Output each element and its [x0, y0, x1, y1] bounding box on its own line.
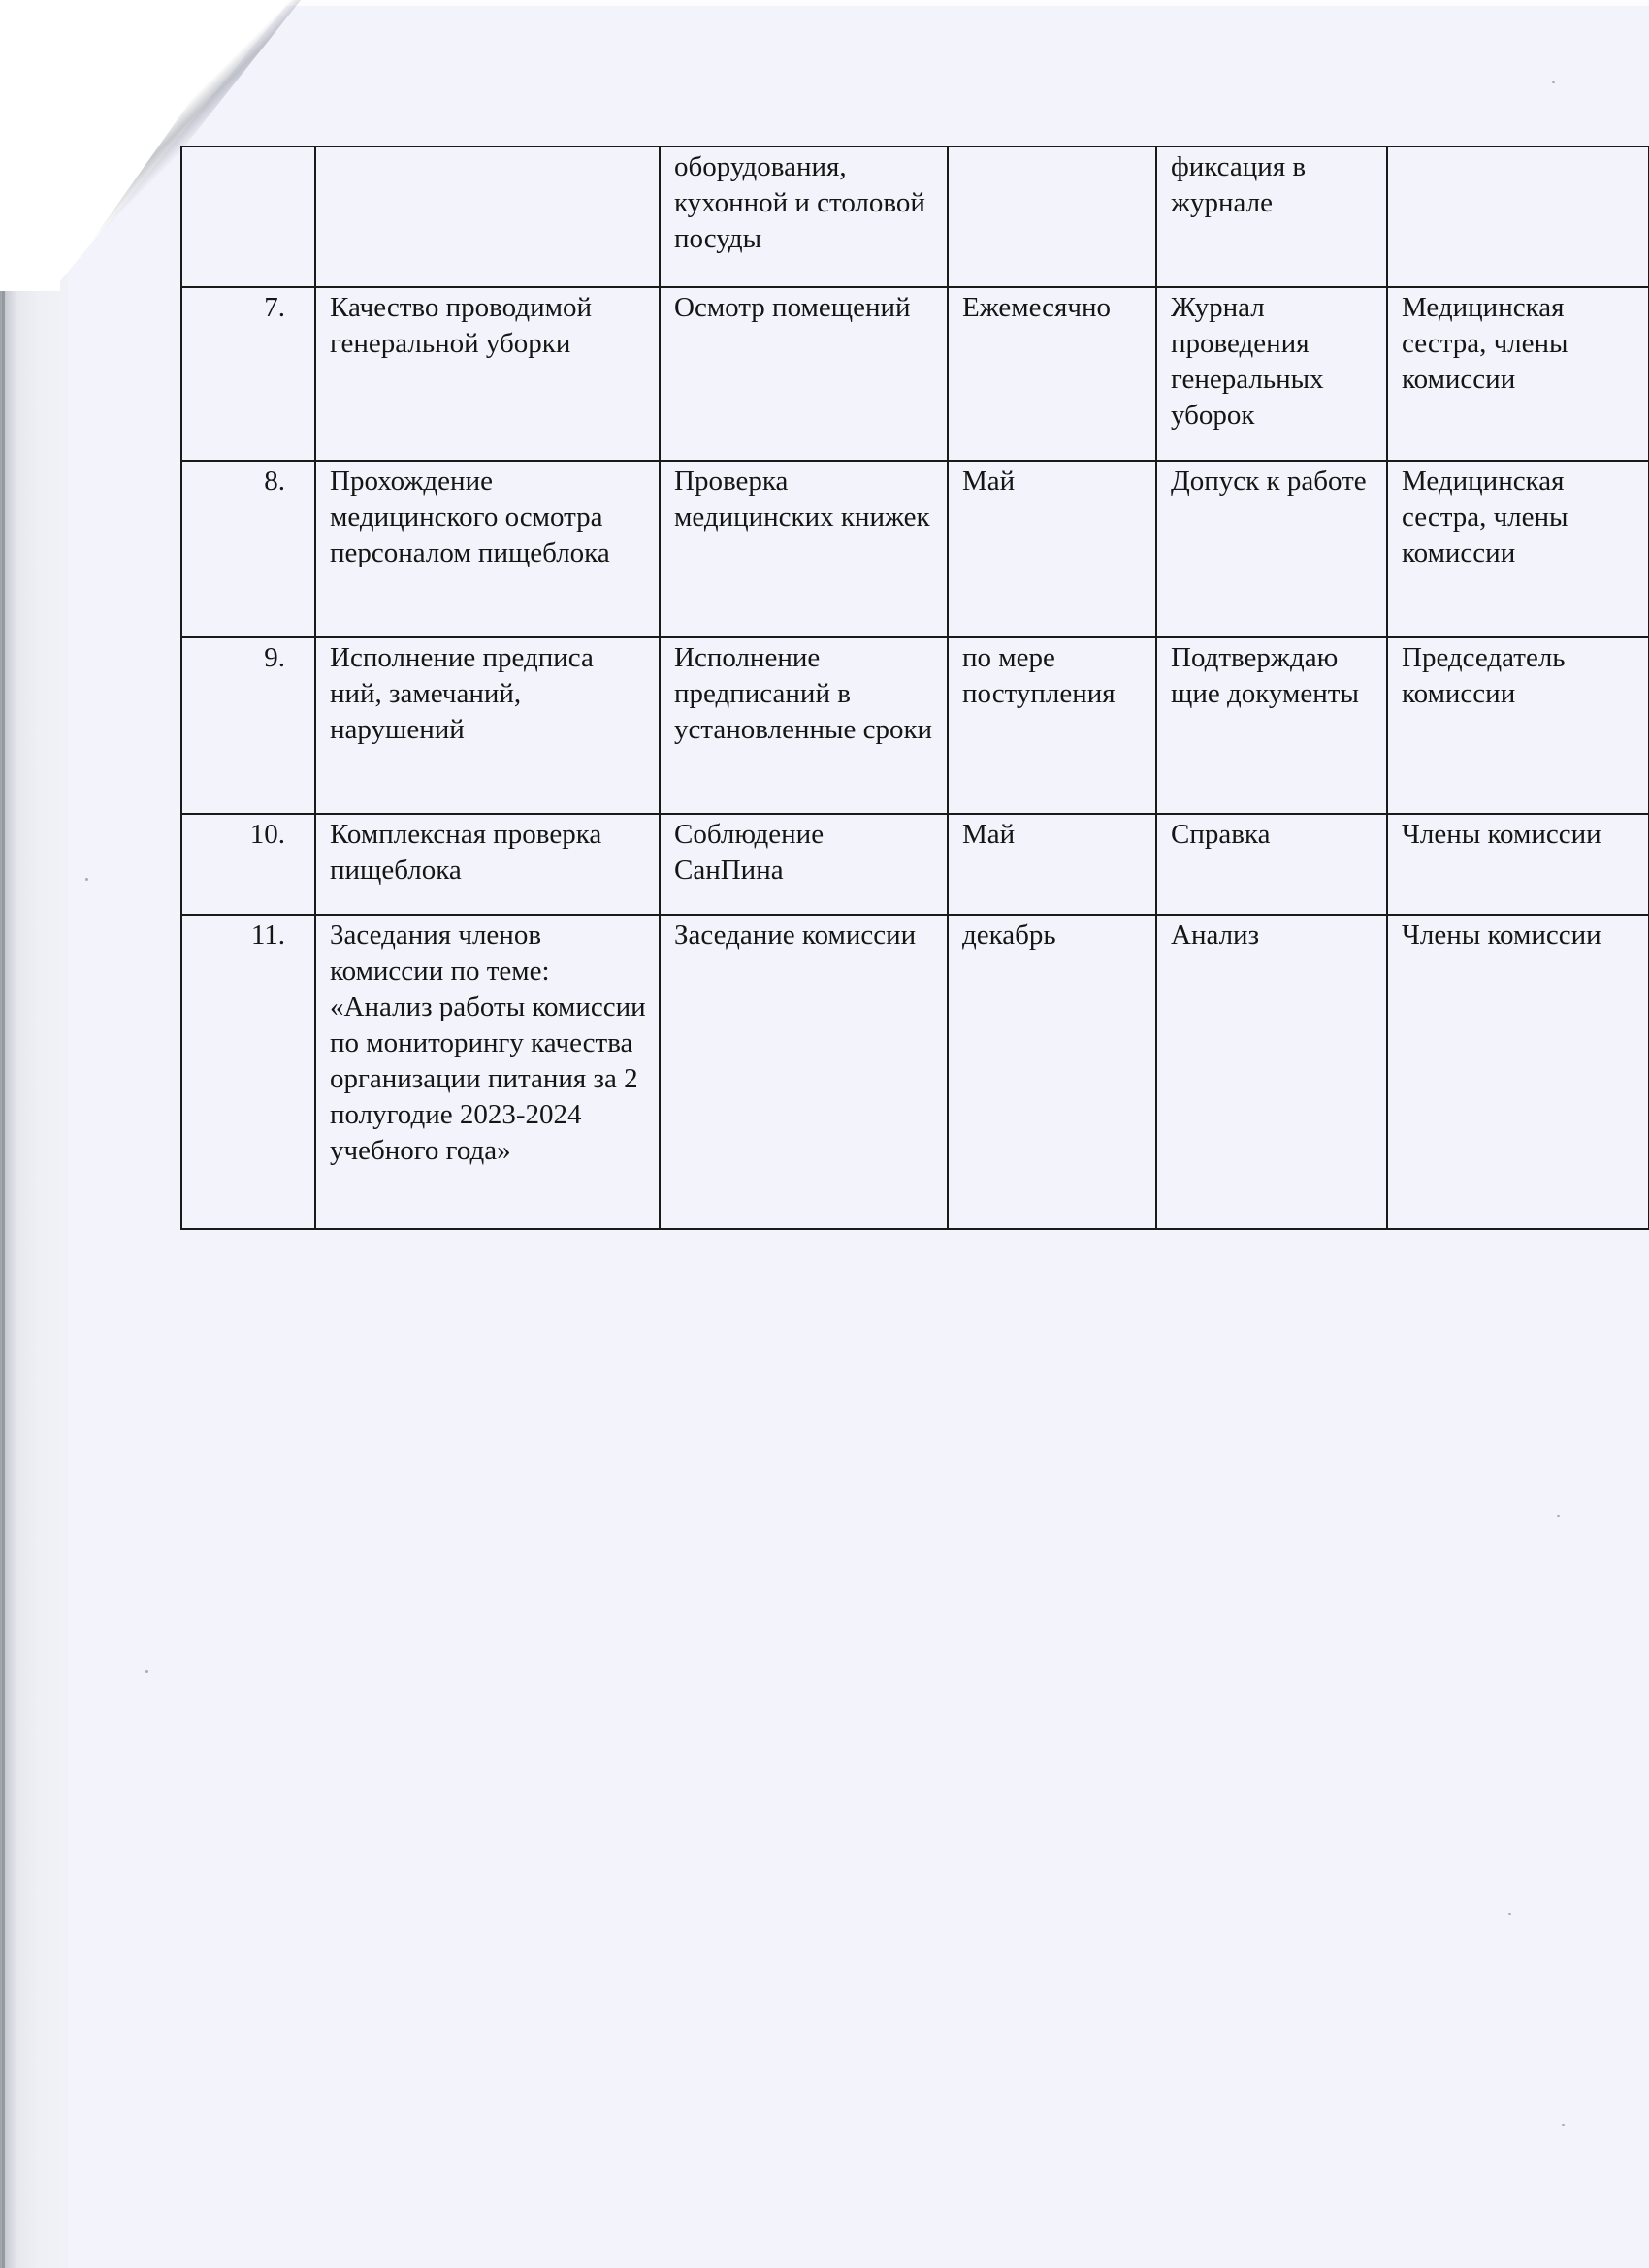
cell-period: Май — [948, 814, 1156, 915]
cell-period: Май — [948, 461, 1156, 637]
cell-responsible: Медицинская сестра, члены комиссии — [1387, 461, 1649, 637]
cell-period: по мере поступления — [948, 637, 1156, 814]
scan-speck — [1562, 2124, 1565, 2126]
cell-method: Осмотр помещений — [660, 287, 948, 461]
document-page: оборудования, кухонной и столовой посуды… — [0, 0, 1649, 2268]
scan-speck — [145, 1670, 148, 1673]
cell-subject — [315, 146, 660, 287]
cell-subject: Качество проводимой генеральной уборки — [315, 287, 660, 461]
table-row: 8. Прохождение медицинского осмотра перс… — [181, 461, 1649, 637]
cell-period: декабрь — [948, 915, 1156, 1229]
scan-speck — [1508, 1913, 1511, 1915]
cell-number: 7. — [181, 287, 315, 461]
cell-responsible: Члены комиссии — [1387, 814, 1649, 915]
cell-subject: Исполнение предписа ний, замечаний, нару… — [315, 637, 660, 814]
cell-result: фиксация в журнале — [1156, 146, 1387, 287]
cell-number: 11. — [181, 915, 315, 1229]
cell-period — [948, 146, 1156, 287]
cell-number: 8. — [181, 461, 315, 637]
cell-subject: Заседания членов комиссии по теме: «Анал… — [315, 915, 660, 1229]
cell-method: оборудования, кухонной и столовой посуды — [660, 146, 948, 287]
cell-result: Допуск к работе — [1156, 461, 1387, 637]
cell-responsible: Члены комиссии — [1387, 915, 1649, 1229]
table-row: 7. Качество проводимой генеральной уборк… — [181, 287, 1649, 461]
scan-speck — [1557, 1515, 1560, 1517]
cell-result: Справка — [1156, 814, 1387, 915]
scan-speck — [85, 878, 88, 881]
cell-number: 10. — [181, 814, 315, 915]
cell-subject: Прохождение медицинского осмотра персона… — [315, 461, 660, 637]
cell-number — [181, 146, 315, 287]
scan-speck — [1552, 81, 1555, 83]
cell-responsible: Медицинская сестра, члены комиссии — [1387, 287, 1649, 461]
cell-responsible: Председатель комиссии — [1387, 637, 1649, 814]
cell-subject: Комплексная проверка пищеблока — [315, 814, 660, 915]
cell-method: Заседание комиссии — [660, 915, 948, 1229]
cell-responsible — [1387, 146, 1649, 287]
table-row: 11. Заседания членов комиссии по теме: «… — [181, 915, 1649, 1229]
cell-number: 9. — [181, 637, 315, 814]
cell-result: Журнал проведения генеральных уборок — [1156, 287, 1387, 461]
monitoring-plan-table: оборудования, кухонной и столовой посуды… — [180, 146, 1649, 1230]
cell-result: Анализ — [1156, 915, 1387, 1229]
cell-method: Проверка медицинских книжек — [660, 461, 948, 637]
cell-period: Ежемесячно — [948, 287, 1156, 461]
table-row: 9. Исполнение предписа ний, замечаний, н… — [181, 637, 1649, 814]
cell-result: Подтверждаю щие документы — [1156, 637, 1387, 814]
table-row-continuation: оборудования, кухонной и столовой посуды… — [181, 146, 1649, 287]
cell-method: Соблюдение СанПина — [660, 814, 948, 915]
table-row: 10. Комплексная проверка пищеблока Соблю… — [181, 814, 1649, 915]
cell-method: Исполнение предписаний в установленные с… — [660, 637, 948, 814]
